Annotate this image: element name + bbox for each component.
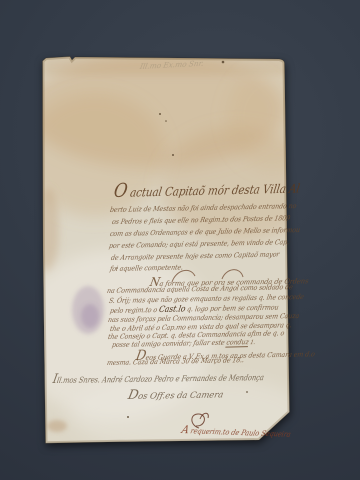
- office-line: Dos Off.es da Camera: [127, 386, 225, 403]
- address-line: Ill.mos Snres. André Cardozo Pedro e Fer…: [52, 369, 266, 387]
- emphasized-word: Cast.lo: [158, 304, 186, 315]
- photo-of-manuscript: Ill.mo Ex.mo Snr. O actual Capitaõ mór d…: [0, 0, 360, 480]
- stain-left-edge: [37, 188, 59, 272]
- body-line-pre: pelo regim.to o: [109, 306, 160, 315]
- stain-top-right: [227, 66, 317, 170]
- opening-line: O actual Capitaõ mór desta Villa Al: [112, 175, 301, 202]
- body-line: foi aquelle competente.: [109, 263, 184, 273]
- purple-stamp-ghost-core: [81, 304, 99, 328]
- stain-bottom-left: [47, 420, 67, 432]
